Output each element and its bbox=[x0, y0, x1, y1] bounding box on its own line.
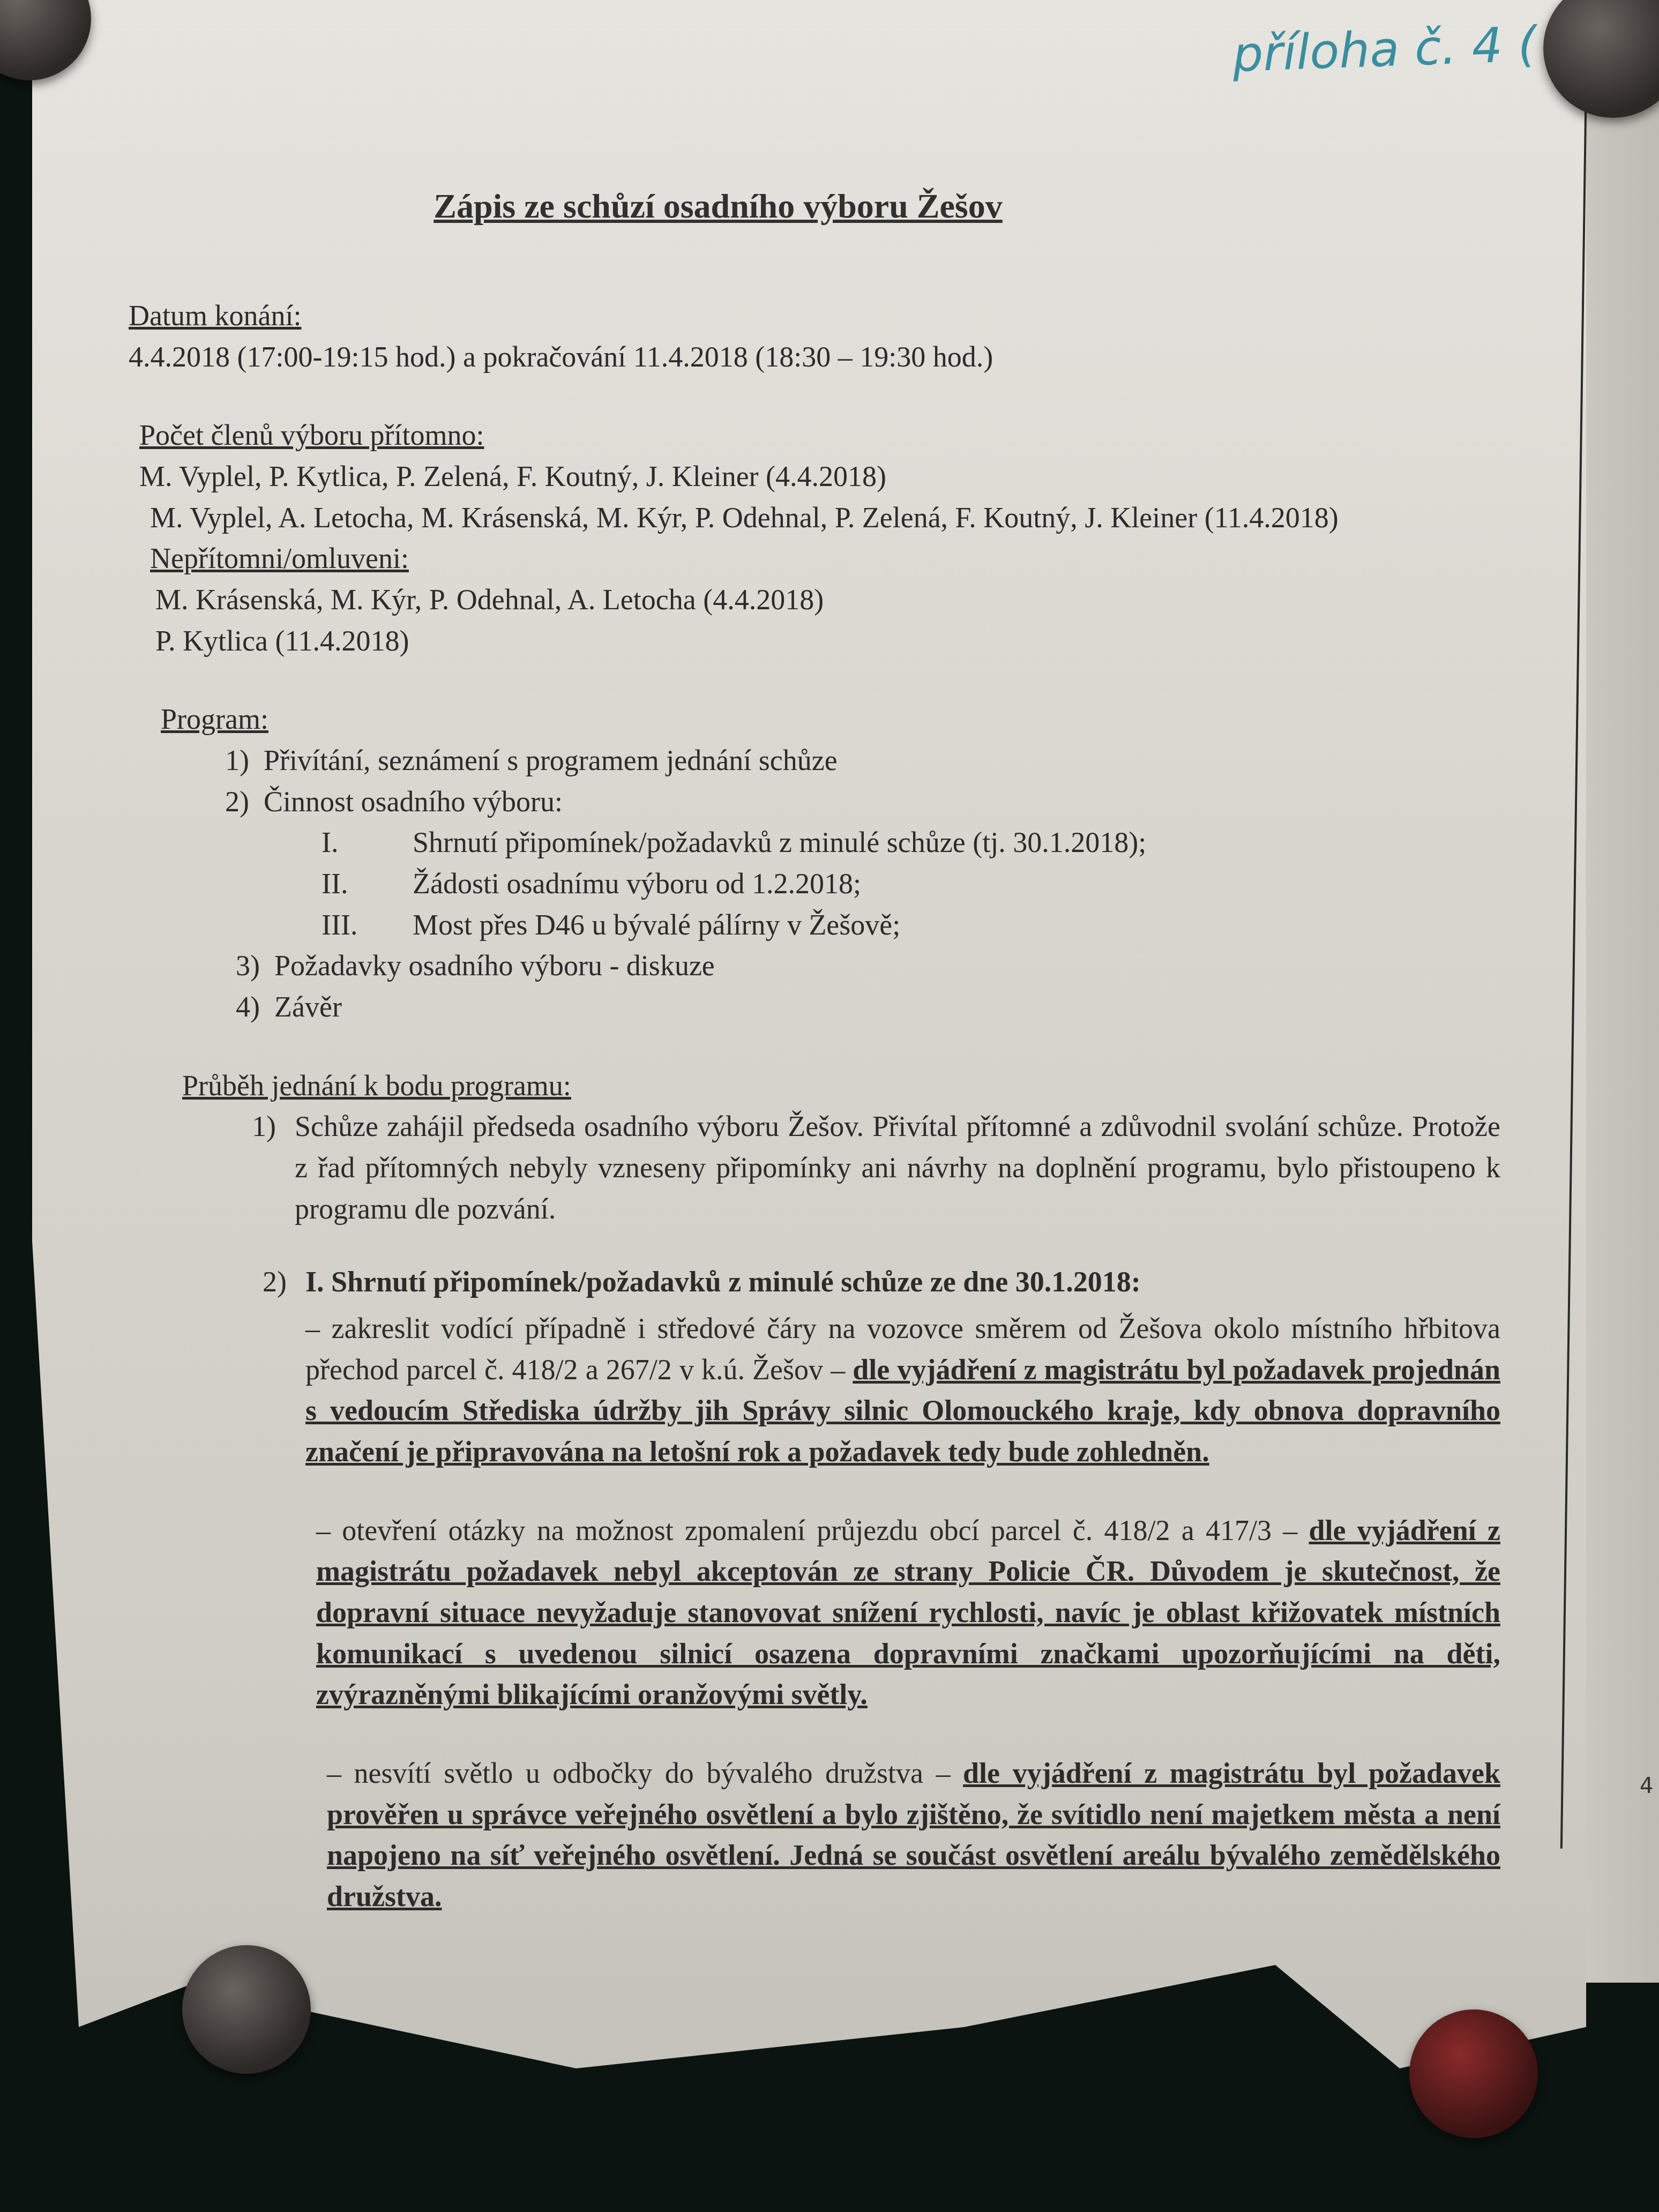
request-item: – nesvítí světlo u odbočky do bývalého d… bbox=[327, 1753, 1500, 1917]
program-item: 4) Závěr bbox=[236, 987, 1500, 1028]
program-item: 1) Přivítání, seznámení s programem jedn… bbox=[225, 740, 1500, 781]
page-number-fragment: 4 bbox=[1640, 1774, 1653, 1798]
request-item: – otevření otázky na možnost zpomalení p… bbox=[316, 1510, 1500, 1715]
request-item: – zakreslit vodící případně i středové č… bbox=[305, 1308, 1500, 1473]
program-label: Program: bbox=[161, 699, 1500, 740]
magnet-icon bbox=[182, 1945, 311, 2074]
proceedings-point-2: 2) I. Shrnutí připomínek/požadavků z min… bbox=[263, 1261, 1500, 1303]
present-label: Počet členů výboru přítomno: bbox=[139, 415, 1500, 456]
magnet-icon bbox=[1409, 2009, 1538, 2138]
document-title: Zápis ze schůzí osadního výboru Žešov bbox=[289, 182, 1147, 231]
program-item: 2) Činnost osadního výboru: bbox=[225, 781, 1500, 823]
program-subitem: II.Žádosti osadnímu výboru od 1.2.2018; bbox=[322, 863, 1500, 905]
meeting-date-label: Datum konání: bbox=[129, 295, 1500, 337]
document-content: Zápis ze schůzí osadního výboru Žešov Da… bbox=[129, 182, 1500, 1917]
handwritten-note: příloha č. 4 ( bbox=[1231, 16, 1537, 83]
absent-label: Nepřítomni/omluveni: bbox=[150, 538, 1500, 579]
present-line: M. Vyplel, P. Kytlica, P. Zelená, F. Kou… bbox=[139, 456, 1500, 497]
proceedings-label: Průběh jednání k bodu programu: bbox=[182, 1065, 1500, 1107]
program-subitem: III.Most přes D46 u bývalé pálírny v Žeš… bbox=[322, 905, 1500, 946]
program-item: 3) Požadavky osadního výboru - diskuze bbox=[236, 945, 1500, 987]
absent-line: M. Krásenská, M. Kýr, P. Odehnal, A. Let… bbox=[155, 579, 1500, 621]
notice-board-background bbox=[1586, 0, 1659, 1983]
program-subitem: I.Shrnutí připomínek/požadavků z minulé … bbox=[322, 822, 1500, 863]
present-line: M. Vyplel, A. Letocha, M. Krásenská, M. … bbox=[150, 497, 1500, 539]
absent-line: P. Kytlica (11.4.2018) bbox=[155, 621, 1500, 662]
proceedings-point-1: 1) Schůze zahájil předseda osadního výbo… bbox=[252, 1106, 1500, 1229]
meeting-date-value: 4.4.2018 (17:00-19:15 hod.) a pokračován… bbox=[129, 337, 1500, 378]
